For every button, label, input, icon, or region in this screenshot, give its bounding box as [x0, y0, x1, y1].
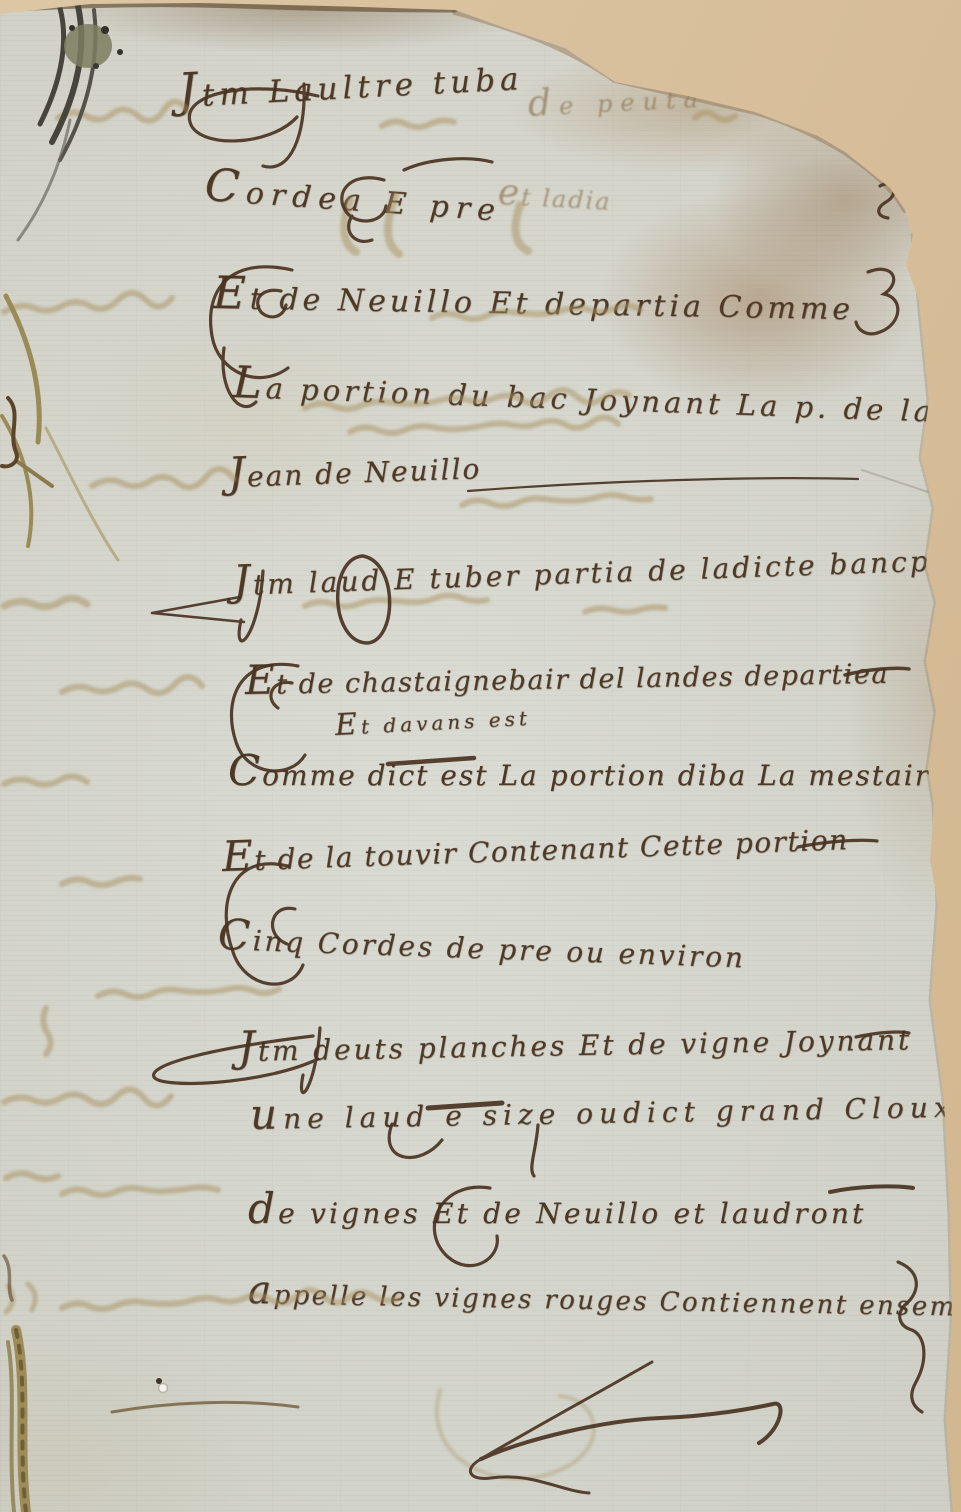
manuscript-page: Jtm Laultre tuba de peuta Cordea E pre e… [0, 0, 961, 1512]
text-line-1-faded: de peuta [527, 75, 707, 125]
ruled-stroke-line5 [468, 478, 858, 491]
text-line-2: Cordea E pre [203, 158, 504, 232]
bottom-paraph [470, 1362, 652, 1493]
sewing-cord [8, 1330, 26, 1512]
text-line-2-faded: et ladia [497, 172, 613, 219]
text-line-1: Jtm Laultre tuba [177, 46, 525, 118]
ink-blotch [64, 24, 123, 69]
text-line-10: Cinq Cordes de pre ou environ [217, 910, 747, 977]
text-line-4: La portion du bac Joynant La p. de la [232, 358, 936, 432]
text-line-7: Et de chastaignebair del landes departie… [245, 645, 890, 704]
binding-threads [2, 6, 118, 560]
text-line-12: une laud e size oudict grand Cloux [250, 1078, 956, 1139]
text-line-6: Jtm laud E tuber partia de ladicte bancp… [232, 530, 961, 605]
text-line-5: Jean de Neuillo [227, 439, 482, 497]
text-line-14: appelle les vignes rouges Contiennent en… [248, 1268, 961, 1326]
bottom-left-stroke [112, 1402, 298, 1412]
left-edge-marks [2, 398, 17, 1300]
text-line-8: Comme dict est La portion diba La mestai… [228, 746, 960, 795]
text-line-3: Et de Neuillo Et departia Comme [213, 266, 855, 330]
flourish-triangle-line6 [152, 597, 244, 622]
text-line-11: Jtm deuts planches Et de vigne Joynant [238, 1010, 913, 1071]
bottom-paraph-curve [481, 1404, 781, 1459]
flourish-right-three [856, 269, 898, 334]
interline-insertion: Et davans est [334, 698, 531, 743]
flourish-right-squiggle [879, 184, 894, 218]
text-line-13: de vignes Et de Neuillo et laudront [248, 1184, 867, 1233]
paper-hole [156, 1378, 168, 1393]
text-line-9: Et de la touvir Contenant Cette portion [221, 810, 849, 881]
